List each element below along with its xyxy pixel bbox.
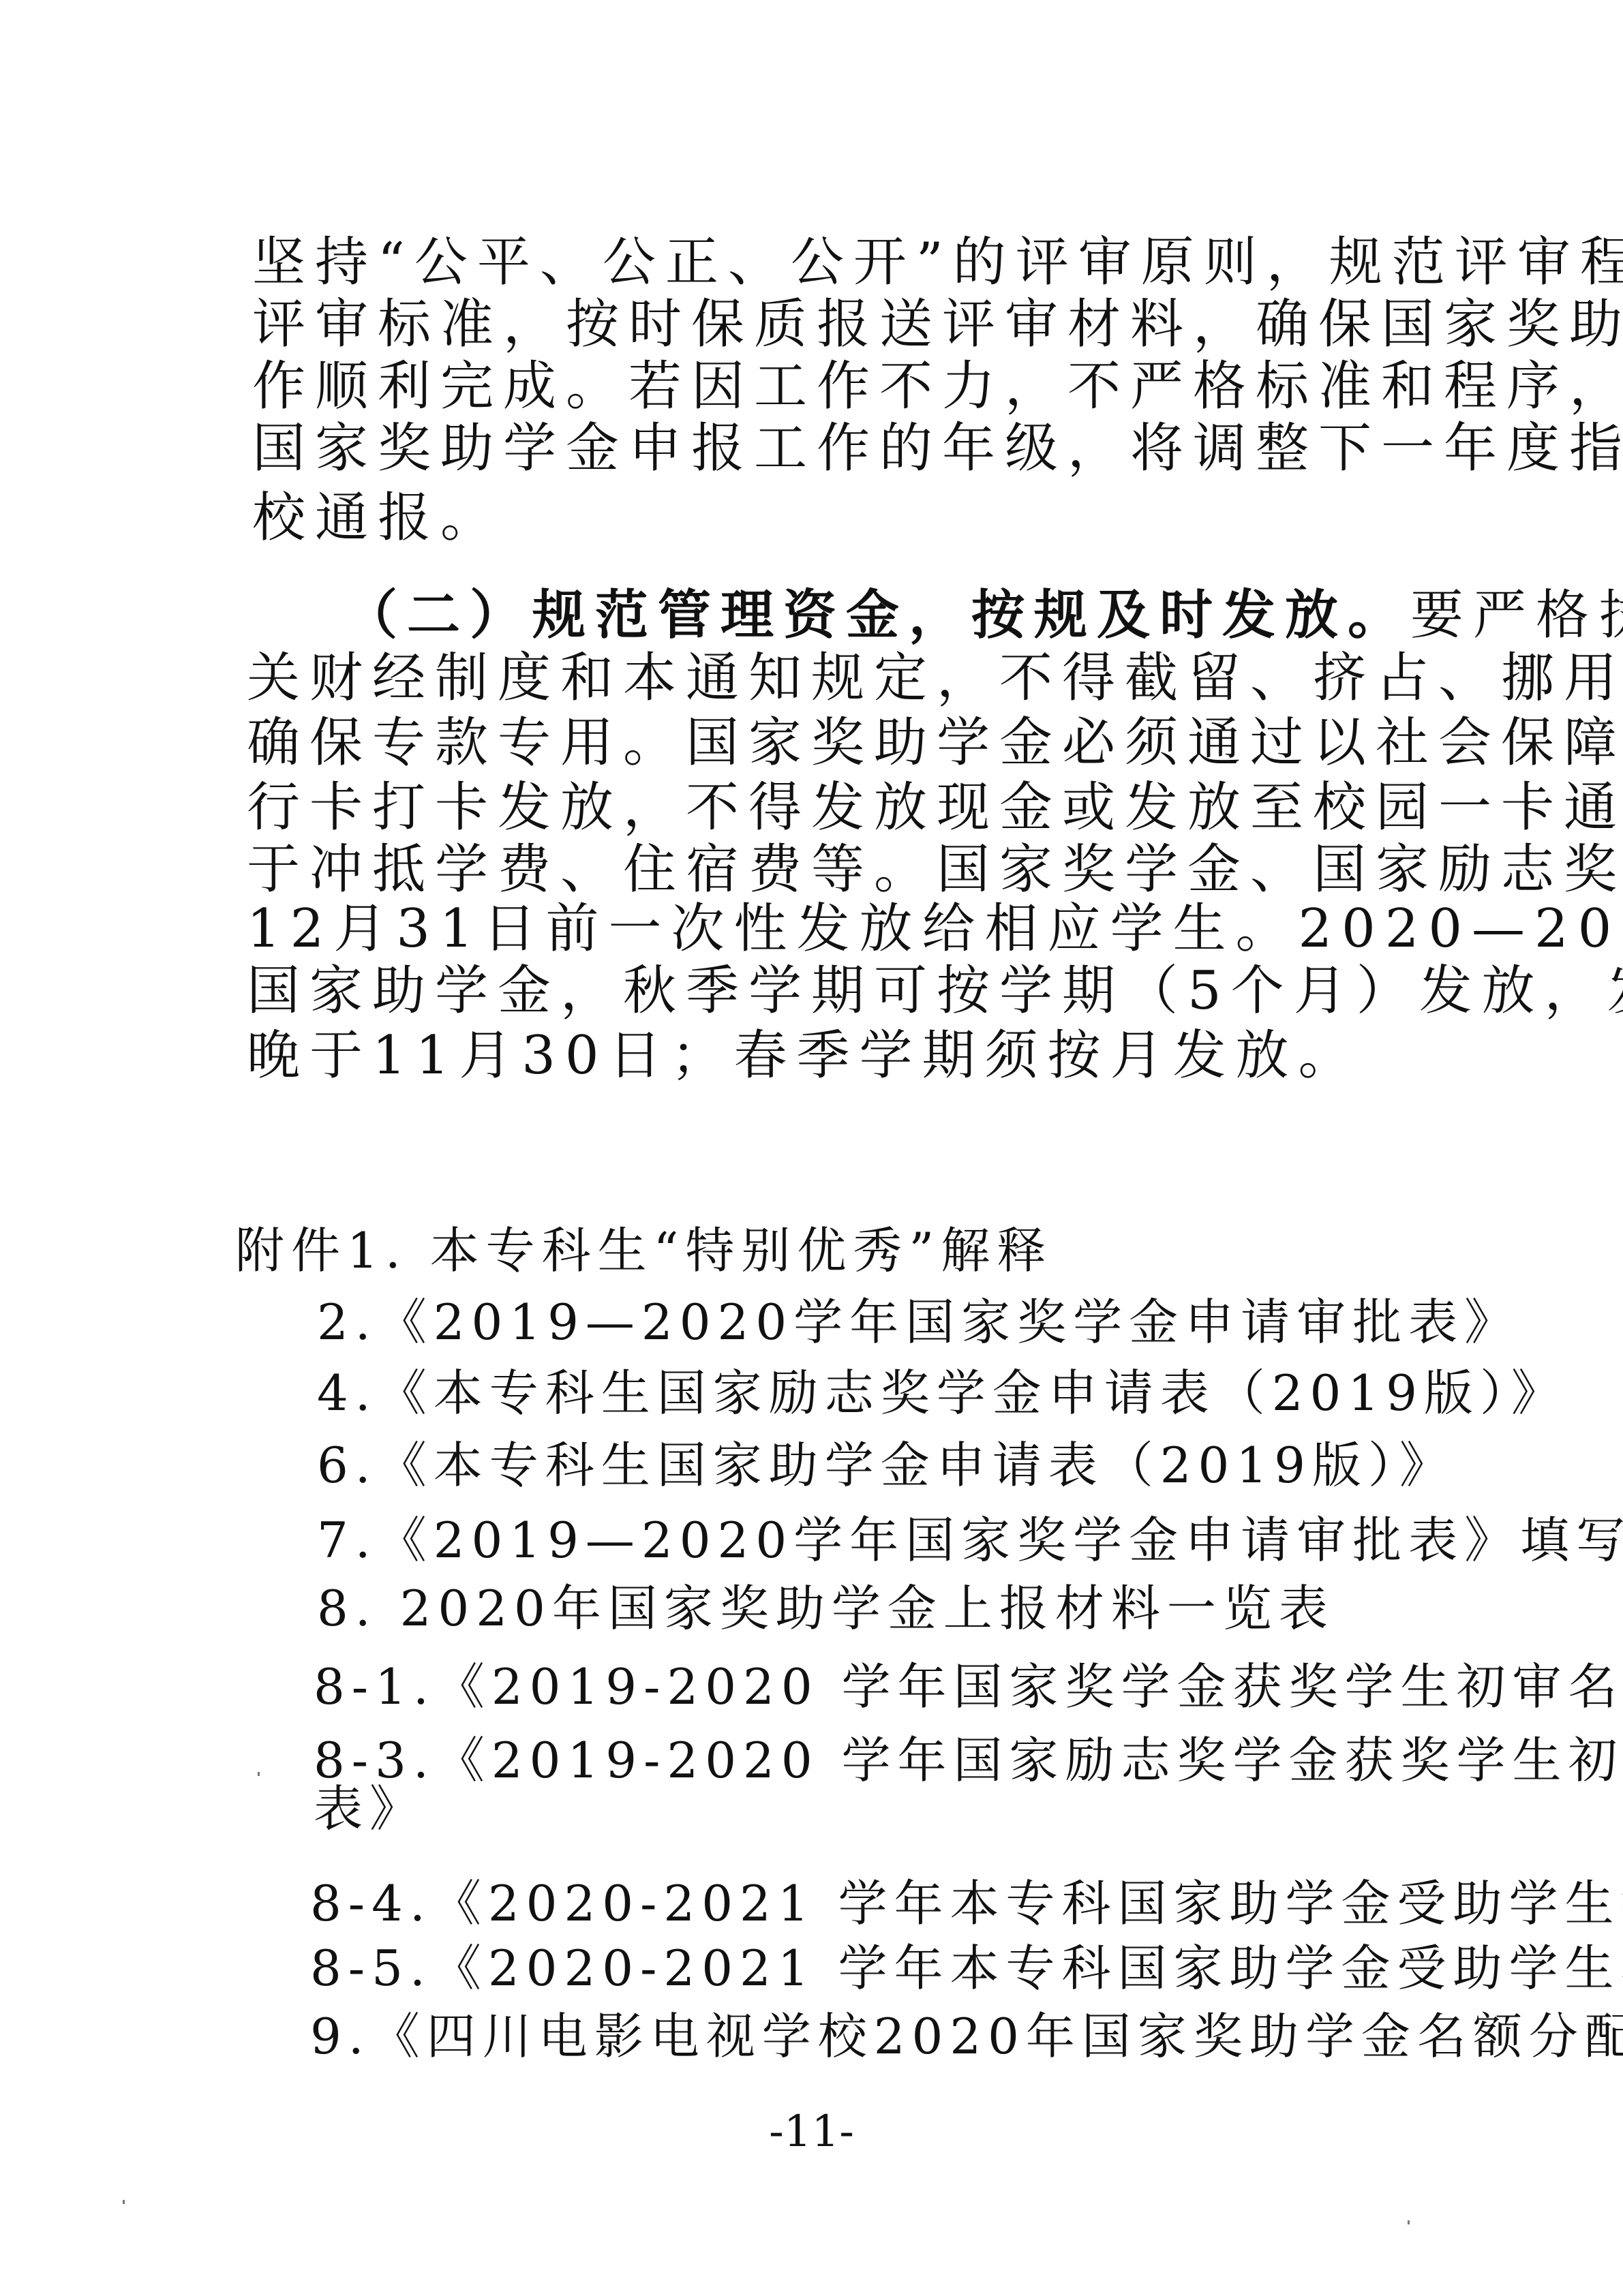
attachment-item: 9.《四川电影电视学校2020年国家奖助学金名额分配表》 (310, 2006, 1623, 2067)
attachment-item: 8-1.《2019-2020 学年国家奖学金获奖学生初审名单表》 (314, 1656, 1623, 1717)
section-heading: （二）规范管理资金，按规及时发放。 (344, 584, 1410, 646)
attachment-item: 表》 (314, 1778, 425, 1839)
text-line: 作顺利完成。若因工作不力，不严格标准和程序，而影响学校 (252, 356, 1623, 417)
text-line: 12月31日前一次性发放给相应学生。2020—2021学年本专科生 (247, 898, 1623, 960)
attachments-label: 附件 (235, 1222, 347, 1279)
text-line: （二）规范管理资金，按规及时发放。要严格执行国家相 (344, 585, 1623, 646)
text-line: 行卡打卡发放，不得发放现金或发放至校园一卡通，更不得用 (247, 777, 1623, 838)
text-line: 国家助学金，秋季学期可按学期（5个月）发放，发放时间不 (247, 960, 1623, 1022)
attachment-item: 6.《本专科生国家助学金申请表（2019版）》 (317, 1435, 1455, 1496)
text-line: 评审标准，按时保质报送评审材料，确保国家奖助学金评审工 (252, 294, 1623, 355)
attachment-item: 8. 2020年国家奖助学金上报材料一览表 (317, 1578, 1335, 1639)
attachment-item: 2.《2019—2020学年国家奖学金申请审批表》 (317, 1291, 1520, 1353)
attachment-item: 附件1. 本专科生“特别优秀”解释 (235, 1220, 1052, 1281)
page-number: -11- (0, 2104, 1623, 2159)
text-line: 校通报。 (252, 487, 503, 549)
attachment-item: 4.《本专科生国家励志奖学金申请表（2019版）》 (317, 1362, 1567, 1424)
text-line: 晚于11月30日；春季学期须按月发放。 (247, 1025, 1361, 1086)
attachment-item: 8-4.《2020-2021 学年本专科国家助学金受助学生统计表》 (310, 1873, 1623, 1934)
attachment-item: 8-3.《2019-2020 学年国家励志奖学金获奖学生初审名单 (314, 1730, 1623, 1791)
text-line: 坚持“公平、公正、公开”的评审原则，规范评审程序，严把 (252, 232, 1623, 293)
attachment-item: 7.《2019—2020学年国家奖学金申请审批表》填写说明 (317, 1510, 1623, 1571)
scan-speck (1408, 2220, 1410, 2224)
text-line: 关财经制度和本通知规定，不得截留、挤占、挪用资助资金， (247, 647, 1623, 709)
scan-speck (123, 2200, 125, 2204)
text-span: 要严格执行国家相 (1410, 585, 1623, 646)
text-line: 国家奖助学金申报工作的年级，将调整下一年度指标，并在全 (252, 418, 1623, 479)
text-line: 于冲抵学费、住宿费等。国家奖学金、国家励志奖学金，须在 (247, 839, 1623, 900)
text-line: 确保专款专用。国家奖助学金必须通过以社会保障卡为主的银 (247, 712, 1623, 774)
scan-speck (258, 1772, 260, 1776)
attachment-item: 8-5.《2020-2021 学年本专科国家助学金受助学生名册》 (310, 1938, 1623, 1999)
